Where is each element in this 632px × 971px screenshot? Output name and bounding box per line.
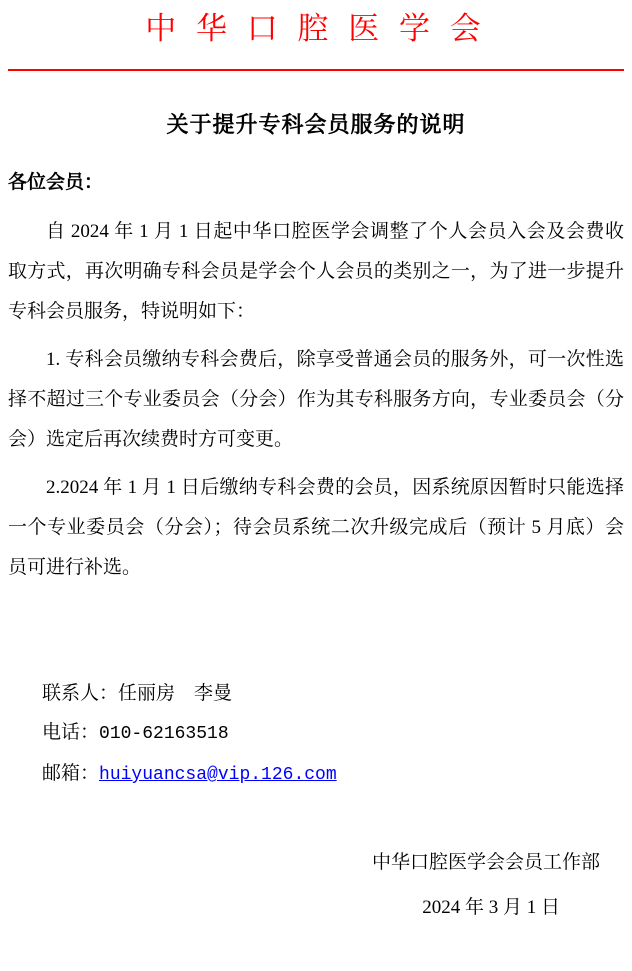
contact-person-label: 联系人： <box>42 683 118 704</box>
contact-person-line: 联系人：任丽房 李曼 <box>42 674 624 713</box>
contact-phone-label: 电话： <box>42 722 99 743</box>
salutation: 各位会员： <box>8 171 624 194</box>
body-paragraph-item-2: 2.2024 年 1 月 1 日后缴纳专科会费的会员，因系统原因暂时只能选择一个… <box>8 468 624 588</box>
contact-email-line: 邮箱：huiyuancsa@vip.126.com <box>42 754 624 795</box>
contact-phone-number: 010-62163518 <box>99 724 229 744</box>
signature-line: 中华口腔医学会会员工作部 <box>8 852 600 874</box>
contact-block: 联系人：任丽房 李曼 电话：010-62163518 邮箱：huiyuancsa… <box>42 674 624 795</box>
contact-phone-line: 电话：010-62163518 <box>42 713 624 754</box>
document-body: 自 2024 年 1 月 1 日起中华口腔医学会调整了个人会员入会及会费收取方式… <box>8 212 624 588</box>
letterhead-divider <box>8 69 624 71</box>
document-title: 关于提升专科会员服务的说明 <box>8 112 624 138</box>
contact-person-names: 任丽房 李曼 <box>118 683 232 704</box>
email-link[interactable]: huiyuancsa@vip.126.com <box>99 765 337 785</box>
org-letterhead: 中 华 口 腔 医 学 会 <box>8 12 624 46</box>
contact-email-label: 邮箱： <box>42 763 99 784</box>
body-paragraph-intro: 自 2024 年 1 月 1 日起中华口腔医学会调整了个人会员入会及会费收取方式… <box>8 212 624 332</box>
date-line: 2024 年 3 月 1 日 <box>8 897 560 919</box>
body-paragraph-item-1: 1. 专科会员缴纳专科会费后，除享受普通会员的服务外，可一次性选择不超过三个专业… <box>8 340 624 460</box>
document-page: 中 华 口 腔 医 学 会 关于提升专科会员服务的说明 各位会员： 自 2024… <box>0 0 632 971</box>
